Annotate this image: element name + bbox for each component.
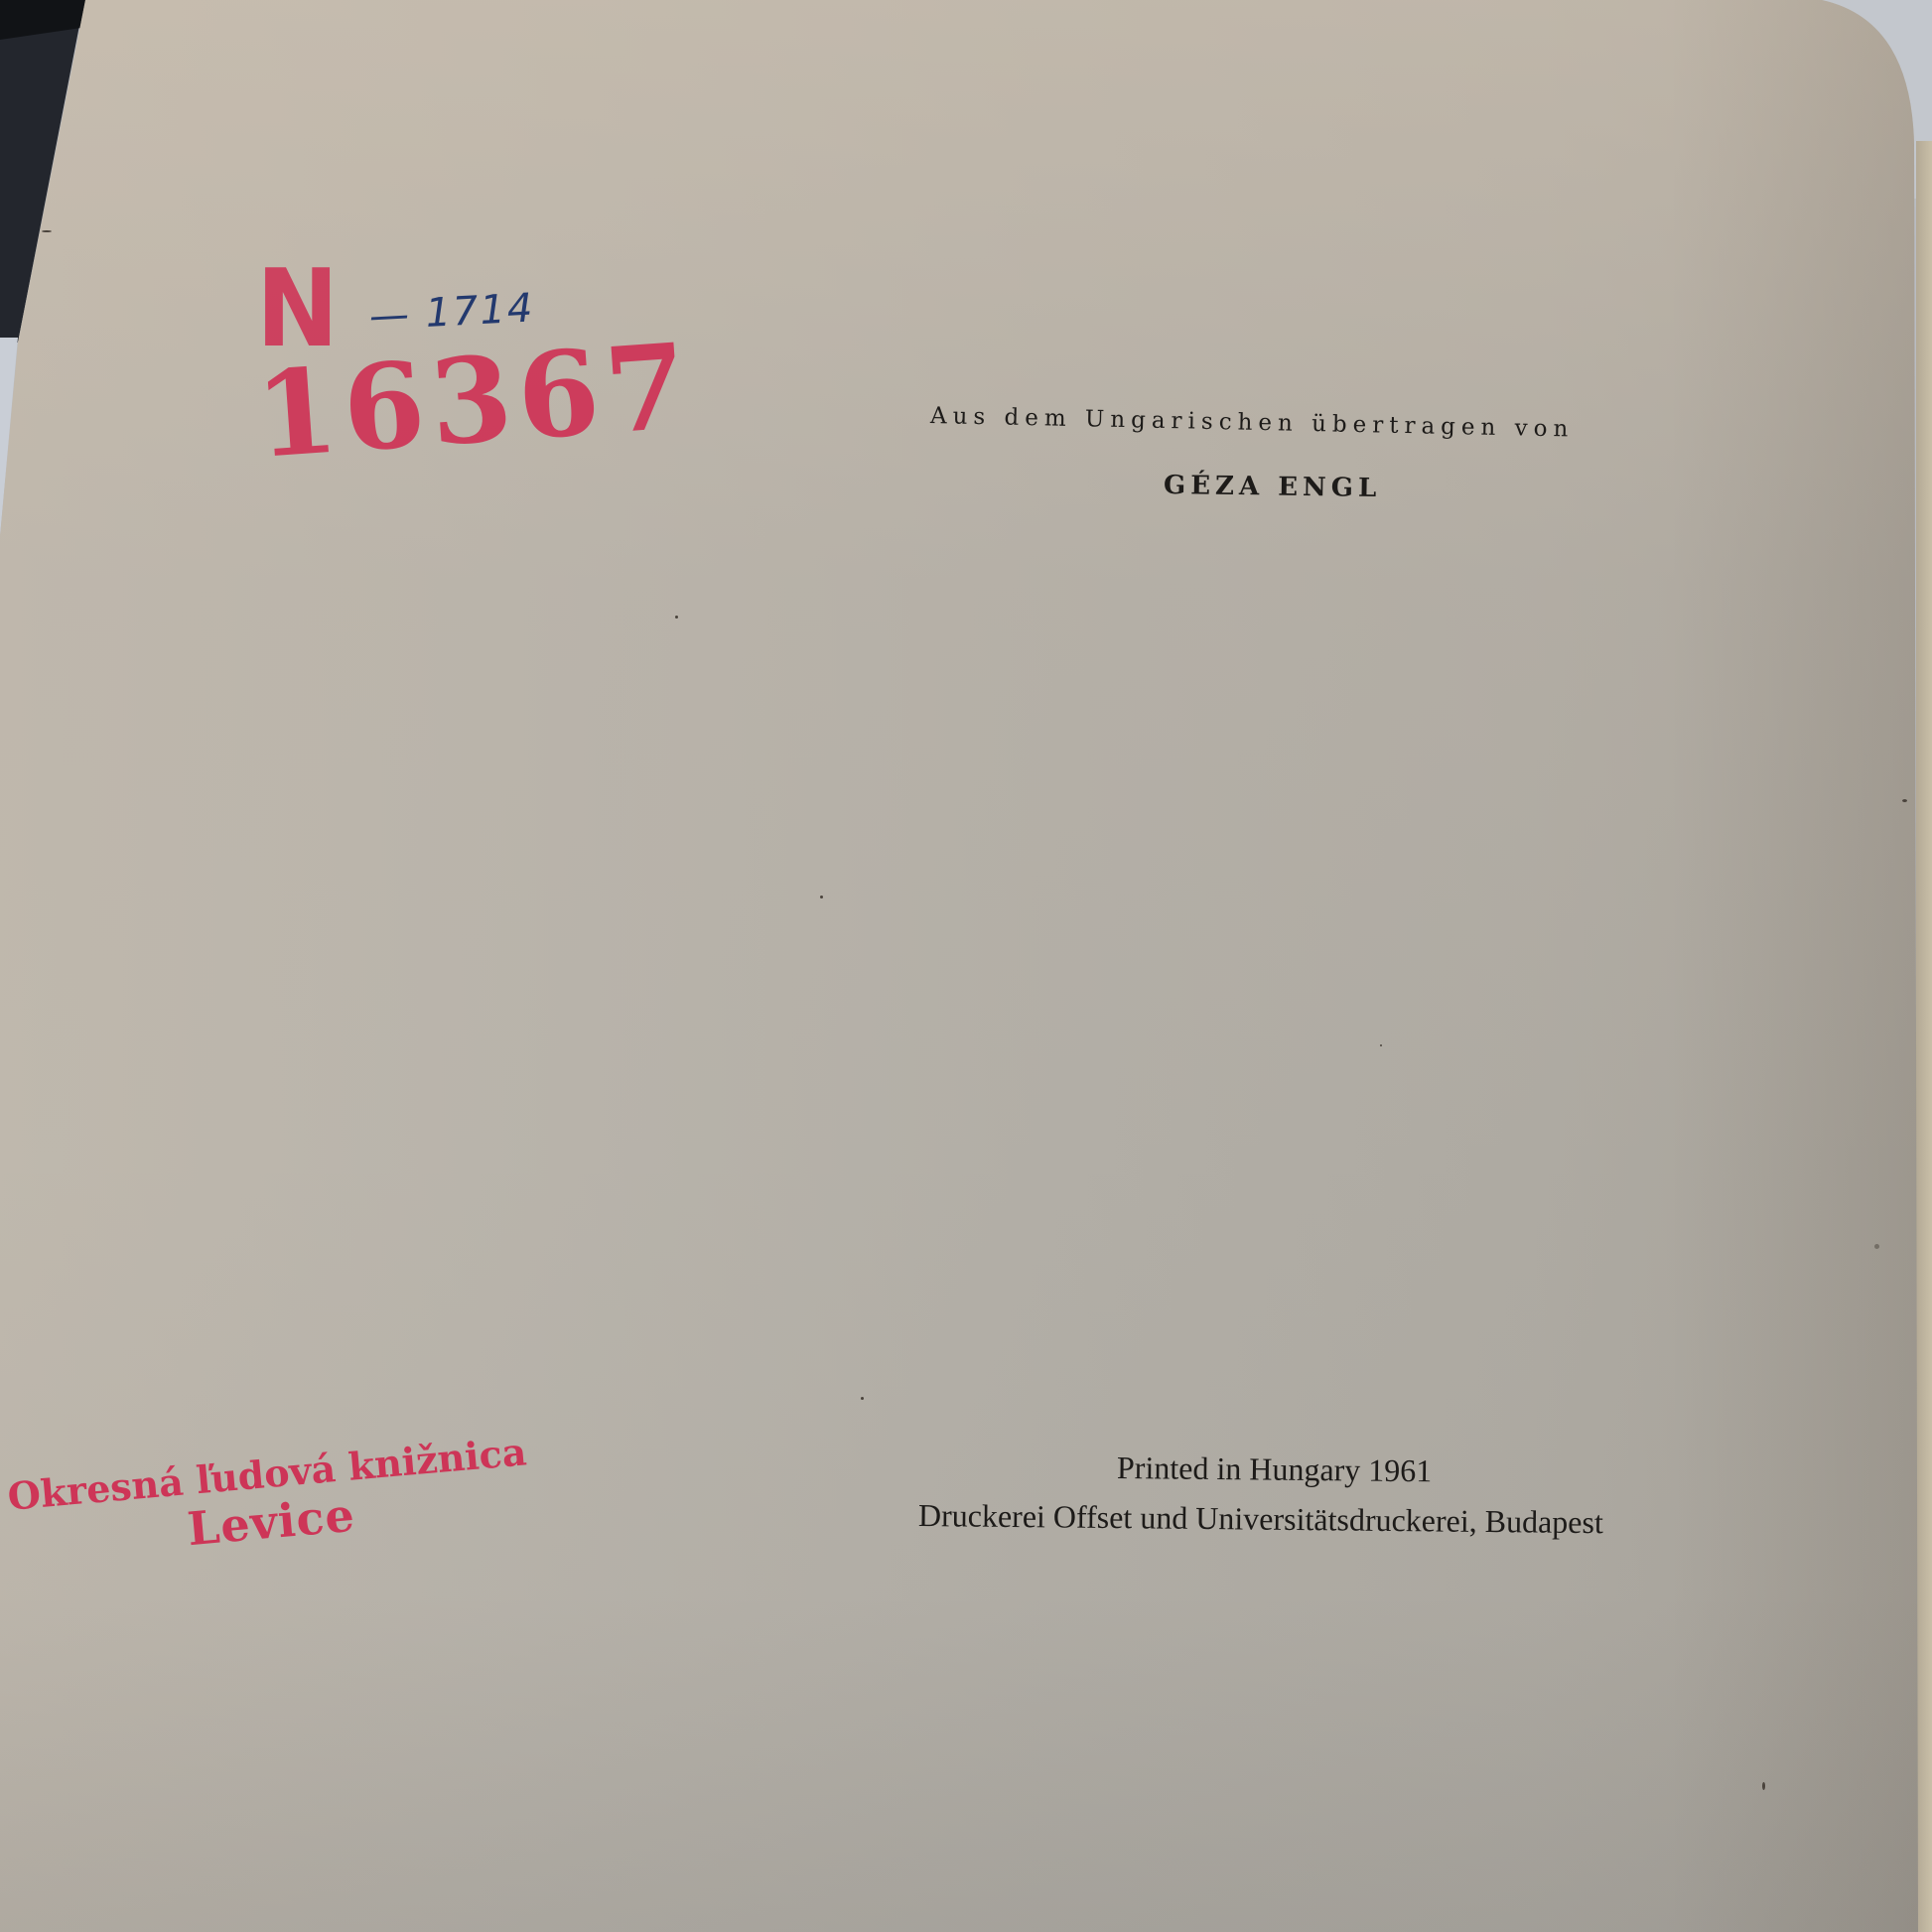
page-shadow-right xyxy=(1668,0,1926,1932)
translator-name: GÉZA ENGL xyxy=(1164,471,1382,503)
next-page-edge xyxy=(1916,141,1932,1932)
inventory-number-stamp: 16367 xyxy=(252,328,697,475)
translator-intro: Aus dem Ungarischen übertragen von xyxy=(930,403,1575,443)
library-stamp: Okresná ľudová knižnica Levice xyxy=(6,1430,533,1571)
paper-speck xyxy=(1902,799,1907,802)
imprint-printer: Druckerei Offset und Universitätsdrucker… xyxy=(918,1497,1603,1541)
paper-speck xyxy=(1874,1244,1879,1249)
paper-speck xyxy=(1380,1044,1382,1046)
paper-speck xyxy=(42,230,52,232)
paper-speck xyxy=(1762,1782,1765,1790)
paper-speck xyxy=(861,1397,864,1400)
imprint-printed-in: Printed in Hungary 1961 xyxy=(1117,1449,1433,1489)
page-shadow-bottom xyxy=(0,1588,1932,1932)
paper-speck xyxy=(820,896,823,898)
book-page: N — 1714 16367 Aus dem Ungarischen übert… xyxy=(0,0,1918,1932)
paper-speck xyxy=(675,616,678,619)
